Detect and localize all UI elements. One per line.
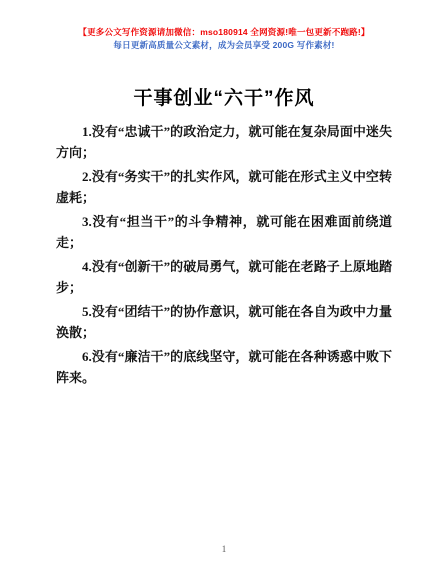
body-paragraph-5: 5.没有“团结干”的协作意识，就可能在各自为政中力量涣散； bbox=[56, 301, 392, 343]
body-paragraph-4: 4.没有“创新干”的破局勇气，就可能在老路子上原地踏步； bbox=[56, 256, 392, 298]
watermark-header: 【更多公文写作资源请加微信：mso180914 全网资源!唯一包更新不跑路!】 … bbox=[0, 0, 448, 52]
body-paragraph-6: 6.没有“廉洁干”的底线坚守，就可能在各种诱惑中败下阵来。 bbox=[56, 346, 392, 388]
document-page: 【更多公文写作资源请加微信：mso180914 全网资源!唯一包更新不跑路!】 … bbox=[0, 0, 448, 580]
page-number: 1 bbox=[0, 544, 448, 554]
body-paragraph-1: 1.没有“忠诚干”的政治定力，就可能在复杂局面中迷失方向； bbox=[56, 121, 392, 163]
watermark-line-red: 【更多公文写作资源请加微信：mso180914 全网资源!唯一包更新不跑路!】 bbox=[0, 26, 448, 39]
body-paragraph-3: 3.没有“担当干”的斗争精神，就可能在困难面前绕道走； bbox=[56, 211, 392, 253]
document-body: 1.没有“忠诚干”的政治定力，就可能在复杂局面中迷失方向； 2.没有“务实干”的… bbox=[56, 121, 392, 388]
document-title: 干事创业“六干”作风 bbox=[0, 83, 448, 110]
body-paragraph-2: 2.没有“务实干”的扎实作风，就可能在形式主义中空转虚耗； bbox=[56, 166, 392, 208]
watermark-line-blue: 每日更新高质量公文素材，成为会员享受 200G 写作素材! bbox=[0, 39, 448, 52]
